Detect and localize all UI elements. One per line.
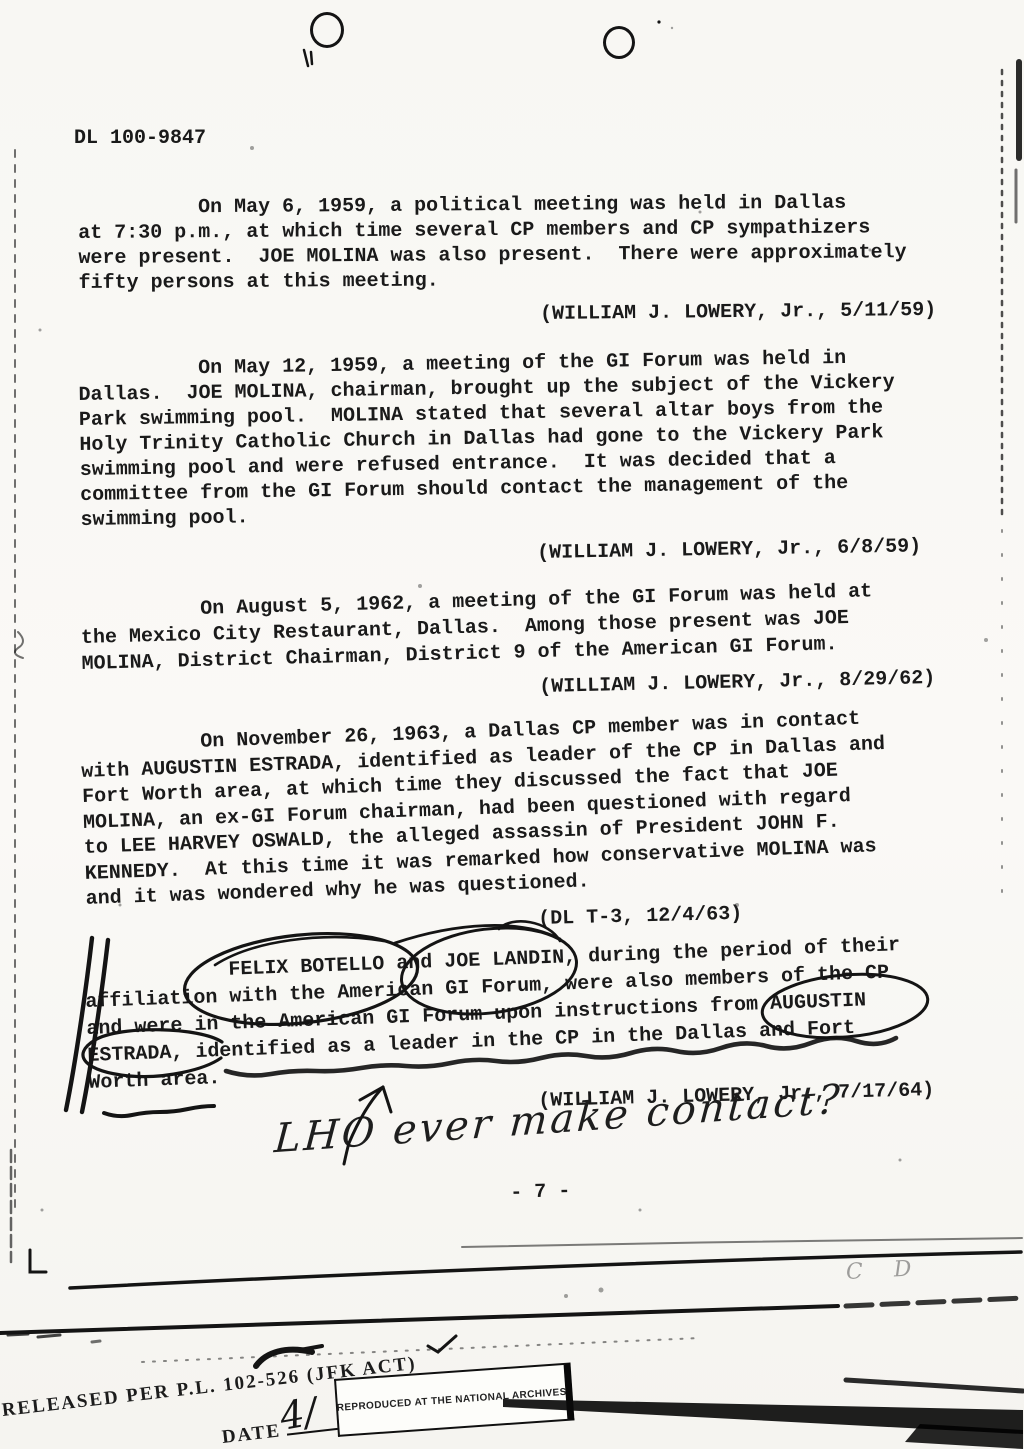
paragraph-4: On November 26, 1963, a Dallas CP member… <box>80 706 890 912</box>
attribution-2: (WILLIAM J. LOWERY, Jr., 6/8/59) <box>537 535 921 565</box>
hole-punch-mark-left <box>310 12 344 48</box>
wavy-underline-short <box>104 1106 214 1116</box>
file-number: DL 100-9847 <box>74 127 206 150</box>
faint-handwritten-mark: C D <box>845 1256 924 1285</box>
attribution-1: (WILLIAM J. LOWERY, Jr., 5/11/59) <box>540 299 936 326</box>
handwritten-date: 4/ <box>276 1389 320 1439</box>
paragraph-2: On May 12, 1959, a meeting of the GI For… <box>78 345 897 533</box>
date-label: DATE <box>221 1420 282 1448</box>
paragraph-1: On May 6, 1959, a political meeting was … <box>78 190 907 296</box>
scanned-document-page: DL 100-9847 On May 6, 1959, a political … <box>0 0 1024 1449</box>
attribution-4: (DL T-3, 12/4/63) <box>538 903 743 931</box>
archives-stamp-text: REPRODUCED AT THE NATIONAL ARCHIVES <box>336 1386 567 1413</box>
page-number: - 7 - <box>510 1180 571 1205</box>
hole-punch-mark-right <box>603 26 635 59</box>
attribution-3: (WILLIAM J. LOWERY, Jr., 8/29/62) <box>539 667 935 699</box>
paragraph-3: On August 5, 1962, a meeting of the GI F… <box>80 579 874 678</box>
paragraph-5: FELIX BOTELLO and JOE LANDIN, during the… <box>84 932 905 1097</box>
